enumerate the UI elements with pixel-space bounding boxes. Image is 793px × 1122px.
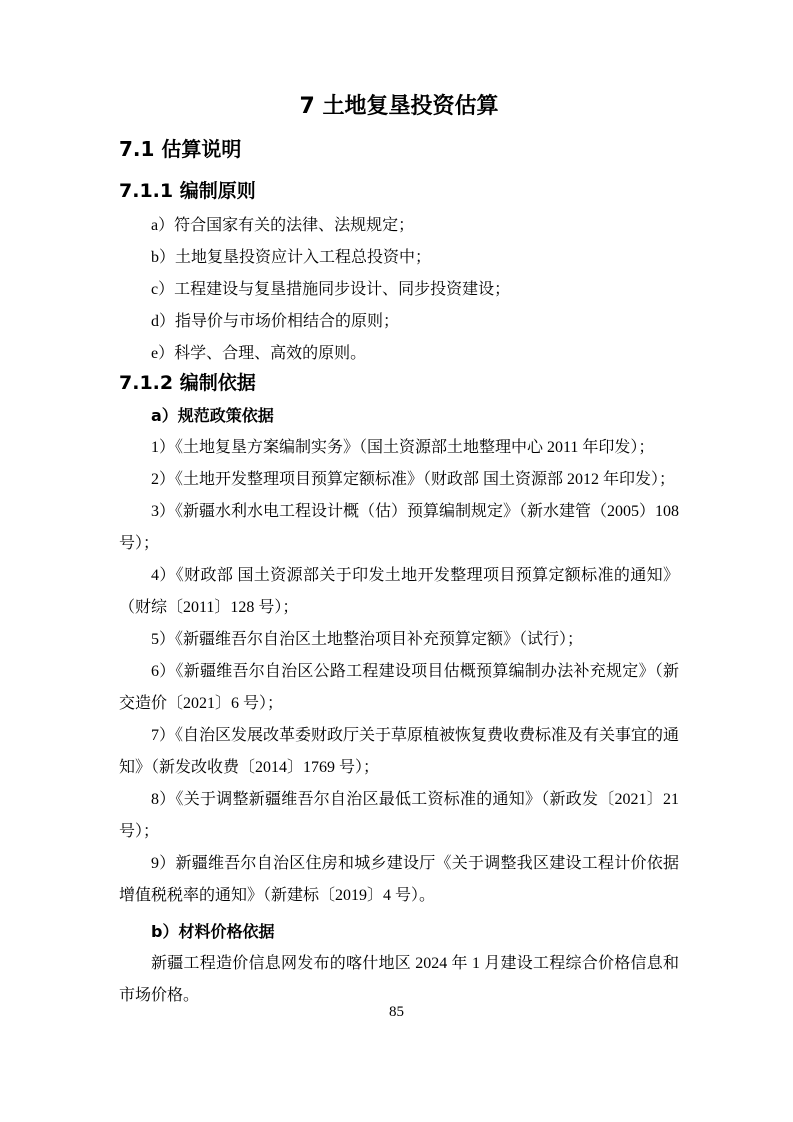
policy-basis-item-4: 4）《财政部 国土资源部关于印发土地开发整理项目预算定额标准的通知》（财综〔20… bbox=[119, 560, 679, 624]
policy-basis-item-1: 1）《土地复垦方案编制实务》（国土资源部土地整理中心 2011 年印发）； bbox=[119, 432, 679, 464]
document-content: 7 土地复垦投资估算 7.1 估算说明 7.1.1 编制原则 a）符合国家有关的… bbox=[119, 92, 679, 1012]
policy-basis-item-5: 5）《新疆维吾尔自治区土地整治项目补充预算定额》（试行）； bbox=[119, 624, 679, 656]
principle-item-d: d）指导价与市场价相结合的原则； bbox=[119, 306, 679, 338]
page-number: 85 bbox=[0, 1002, 793, 1022]
policy-basis-item-9: 9）新疆维吾尔自治区住房和城乡建设厅《关于调整我区建设工程计价依据增值税税率的通… bbox=[119, 848, 679, 912]
heading-7-1-2: 7.1.2 编制依据 bbox=[119, 371, 679, 396]
policy-basis-item-8: 8）《关于调整新疆维吾尔自治区最低工资标准的通知》（新政发〔2021〕21 号）… bbox=[119, 784, 679, 848]
policy-basis-item-3: 3）《新疆水利水电工程设计概（估）预算编制规定》（新水建管（2005）108 号… bbox=[119, 496, 679, 560]
policy-basis-item-6: 6）《新疆维吾尔自治区公路工程建设项目估概预算编制办法补充规定》（新交造价〔20… bbox=[119, 656, 679, 720]
document-page: 7 土地复垦投资估算 7.1 估算说明 7.1.1 编制原则 a）符合国家有关的… bbox=[0, 0, 793, 1122]
heading-7-1-1: 7.1.1 编制原则 bbox=[119, 179, 679, 204]
subheading-material-price-basis: b）材料价格依据 bbox=[119, 916, 679, 948]
document-title: 7 土地复垦投资估算 bbox=[119, 92, 679, 122]
subheading-policy-basis: a）规范政策依据 bbox=[119, 400, 679, 432]
policy-basis-item-2: 2）《土地开发整理项目预算定额标准》（财政部 国土资源部 2012 年印发）； bbox=[119, 464, 679, 496]
principle-item-c: c）工程建设与复垦措施同步设计、同步投资建设； bbox=[119, 274, 679, 306]
principle-item-e: e）科学、合理、高效的原则。 bbox=[119, 338, 679, 370]
heading-7-1: 7.1 估算说明 bbox=[119, 136, 679, 162]
policy-basis-item-7: 7）《自治区发展改革委财政厅关于草原植被恢复费收费标准及有关事宜的通知》（新发改… bbox=[119, 720, 679, 784]
principle-item-b: b）土地复垦投资应计入工程总投资中； bbox=[119, 242, 679, 274]
principle-item-a: a）符合国家有关的法律、法规规定； bbox=[119, 210, 679, 242]
